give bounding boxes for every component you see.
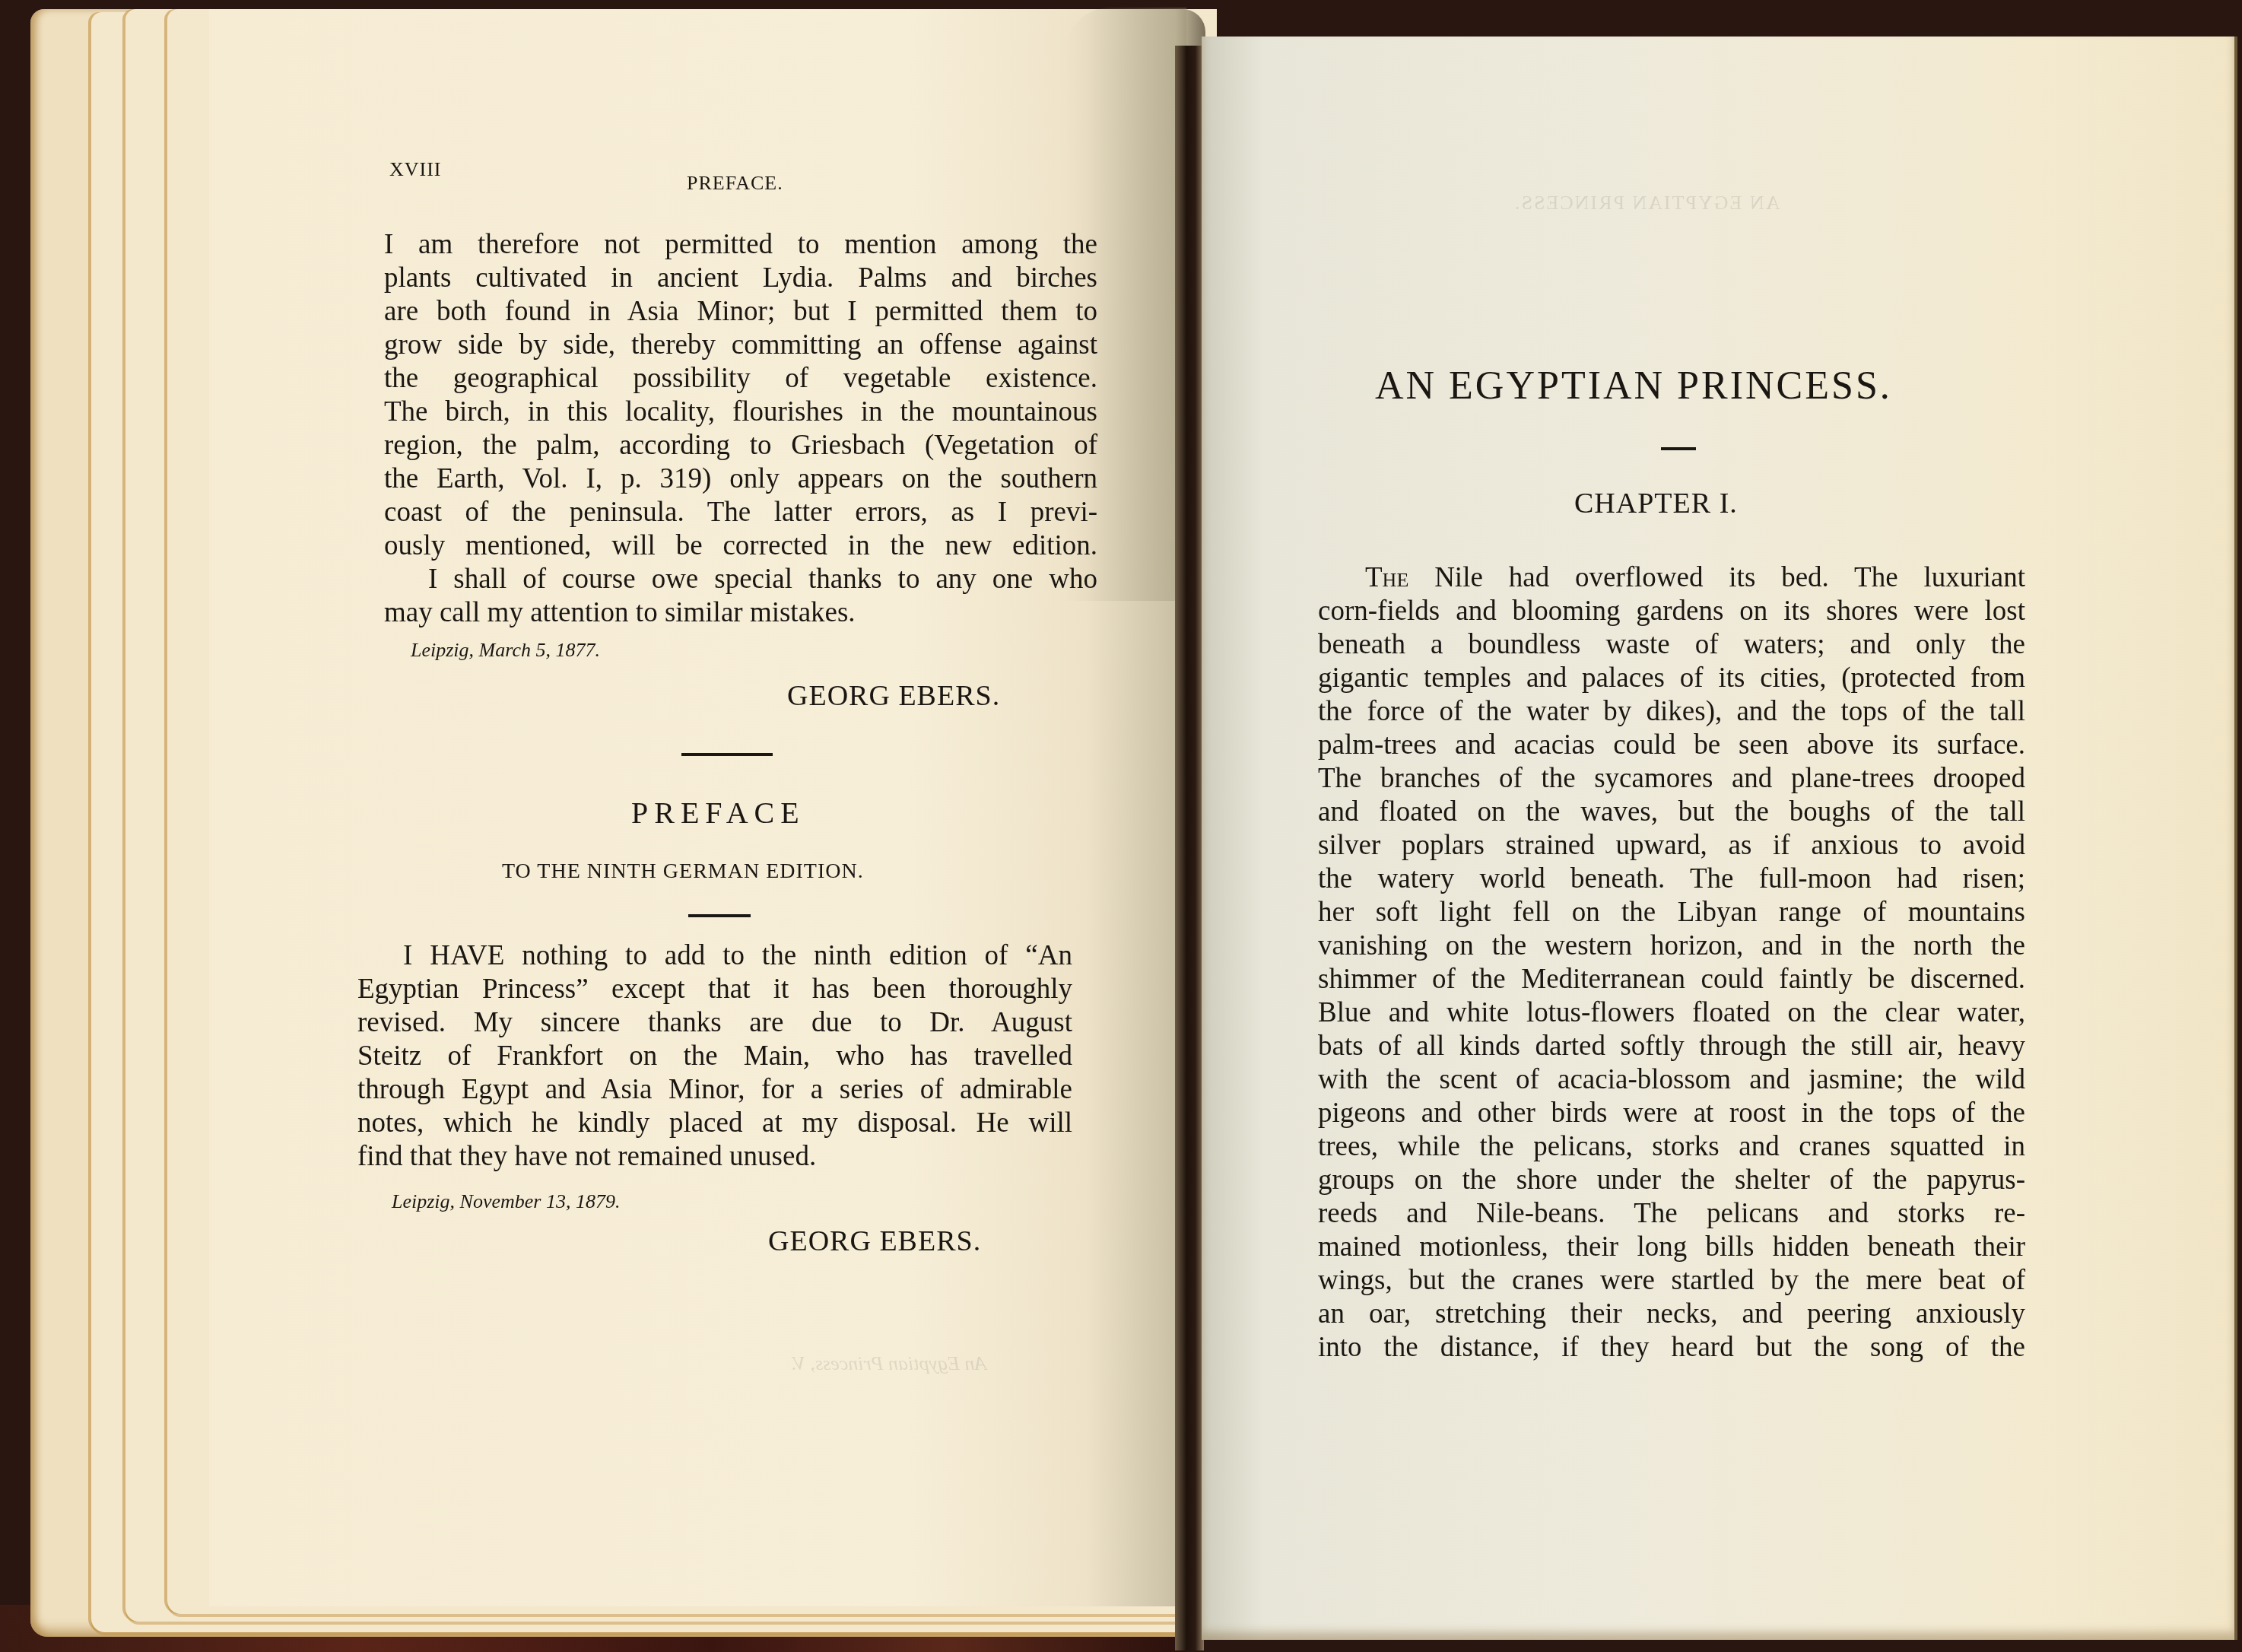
text-line: are both found in Asia Minor; but I perm… — [384, 295, 1097, 329]
text-line: I am therefore not permitted to mention … — [384, 228, 1097, 262]
page-number: XVIII — [389, 158, 442, 181]
text-line: Steitz of Frankfort on the Main, who has… — [357, 1040, 1072, 1073]
section-title: PREFACE — [631, 795, 805, 831]
text-line: I HAVE nothing to add to the ninth editi… — [357, 939, 1072, 973]
text-line: Egyptian Princess” except that it has be… — [357, 973, 1072, 1006]
text-line: gigantic temples and palaces of its citi… — [1318, 662, 2025, 695]
chapter-heading: CHAPTER I. — [1574, 487, 1738, 520]
text-line: through Egypt and Asia Minor, for a seri… — [357, 1073, 1072, 1107]
text-line: ously mentioned, will be corrected in th… — [384, 529, 1097, 563]
section-divider-rule — [681, 753, 773, 756]
text-line: the watery world beneath. The full-moon … — [1318, 863, 2025, 896]
text-line: The birch, in this locality, flourishes … — [384, 396, 1097, 429]
chapter-body: The Nile had overflowed its bed. The lux… — [1318, 561, 2025, 1364]
preface-paragraph-1: I am therefore not permitted to mention … — [384, 228, 1097, 630]
text-line: shimmer of the Mediterranean could faint… — [1318, 963, 2025, 996]
text-line: trees, while the pelicans, storks and cr… — [1318, 1130, 2025, 1164]
book-title: AN EGYPTIAN PRINCESS. — [1375, 364, 1892, 408]
text-line: corn-fields and blooming gardens on its … — [1318, 595, 2025, 628]
section-divider-rule — [688, 914, 751, 917]
text-line: her soft light fell on the Libyan range … — [1318, 896, 2025, 929]
text-line: The branches of the sycamores and plane-… — [1318, 762, 2025, 796]
text-line: find that they have not remained unused. — [357, 1140, 1072, 1174]
text-line: grow side by side, thereby committing an… — [384, 329, 1097, 362]
dateline: Leipzig, March 5, 1877. — [411, 639, 600, 662]
text-line: with the scent of acacia-blossom and jas… — [1318, 1063, 2025, 1097]
text-line: beneath a boundless waste of waters; and… — [1318, 628, 2025, 662]
dateline: Leipzig, November 13, 1879. — [392, 1190, 620, 1213]
show-through-footer: An Egyptian Princess, V. — [791, 1352, 986, 1375]
author-signature: GEORG EBERS. — [787, 679, 1000, 713]
text-line: notes, which he kindly placed at my disp… — [357, 1107, 1072, 1140]
title-divider-rule — [1661, 447, 1696, 450]
text-line: may call my attention to similar mistake… — [384, 596, 1097, 630]
text-line: the Earth, Vol. I, p. 319) only appears … — [384, 462, 1097, 496]
text-line: I shall of course owe special thanks to … — [384, 563, 1097, 596]
text-line: mained motionless, their long bills hidd… — [1318, 1231, 2025, 1264]
show-through-running-head: AN EGYPTIAN PRINCESS. — [1513, 192, 1780, 214]
text-line: bats of all kinds darted softly through … — [1318, 1030, 2025, 1063]
running-head: PREFACE. — [687, 172, 783, 195]
text-line: vanishing on the western horizon, and in… — [1318, 929, 2025, 963]
text-line: silver poplars strained upward, as if an… — [1318, 829, 2025, 863]
preface-paragraph-3: I HAVE nothing to add to the ninth editi… — [357, 939, 1072, 1174]
opening-word: The — [1365, 562, 1408, 593]
book-gutter — [1175, 46, 1204, 1650]
text-line: Blue and white lotus-flowers floated on … — [1318, 996, 2025, 1030]
text-line: the geographical possibility of vegetabl… — [384, 362, 1097, 396]
text-line: pigeons and other birds were at roost in… — [1318, 1097, 2025, 1130]
text-line: groups on the shore under the shelter of… — [1318, 1164, 2025, 1197]
text-line-rest: Nile had overflowed its bed. The luxuria… — [1434, 562, 2025, 593]
text-line: The Nile had overflowed its bed. The lux… — [1318, 561, 2025, 595]
text-line: the force of the water by dikes), and th… — [1318, 695, 2025, 729]
text-line: into the distance, if they heard but the… — [1318, 1331, 2025, 1364]
text-line: and floated on the waves, but the boughs… — [1318, 796, 2025, 829]
text-line: revised. My sincere thanks are due to Dr… — [357, 1006, 1072, 1040]
text-line: palm-trees and acacias could be seen abo… — [1318, 729, 2025, 762]
author-signature: GEORG EBERS. — [768, 1225, 981, 1258]
text-line: wings, but the cranes were startled by t… — [1318, 1264, 2025, 1298]
text-line: plants cultivated in ancient Lydia. Palm… — [384, 262, 1097, 295]
text-line: an oar, stretching their necks, and peer… — [1318, 1298, 2025, 1331]
text-line: region, the palm, according to Griesbach… — [384, 429, 1097, 462]
text-line: coast of the peninsula. The latter error… — [384, 496, 1097, 529]
text-line: reeds and Nile-beans. The pelicans and s… — [1318, 1197, 2025, 1231]
section-subtitle: TO THE NINTH GERMAN EDITION. — [502, 859, 864, 884]
